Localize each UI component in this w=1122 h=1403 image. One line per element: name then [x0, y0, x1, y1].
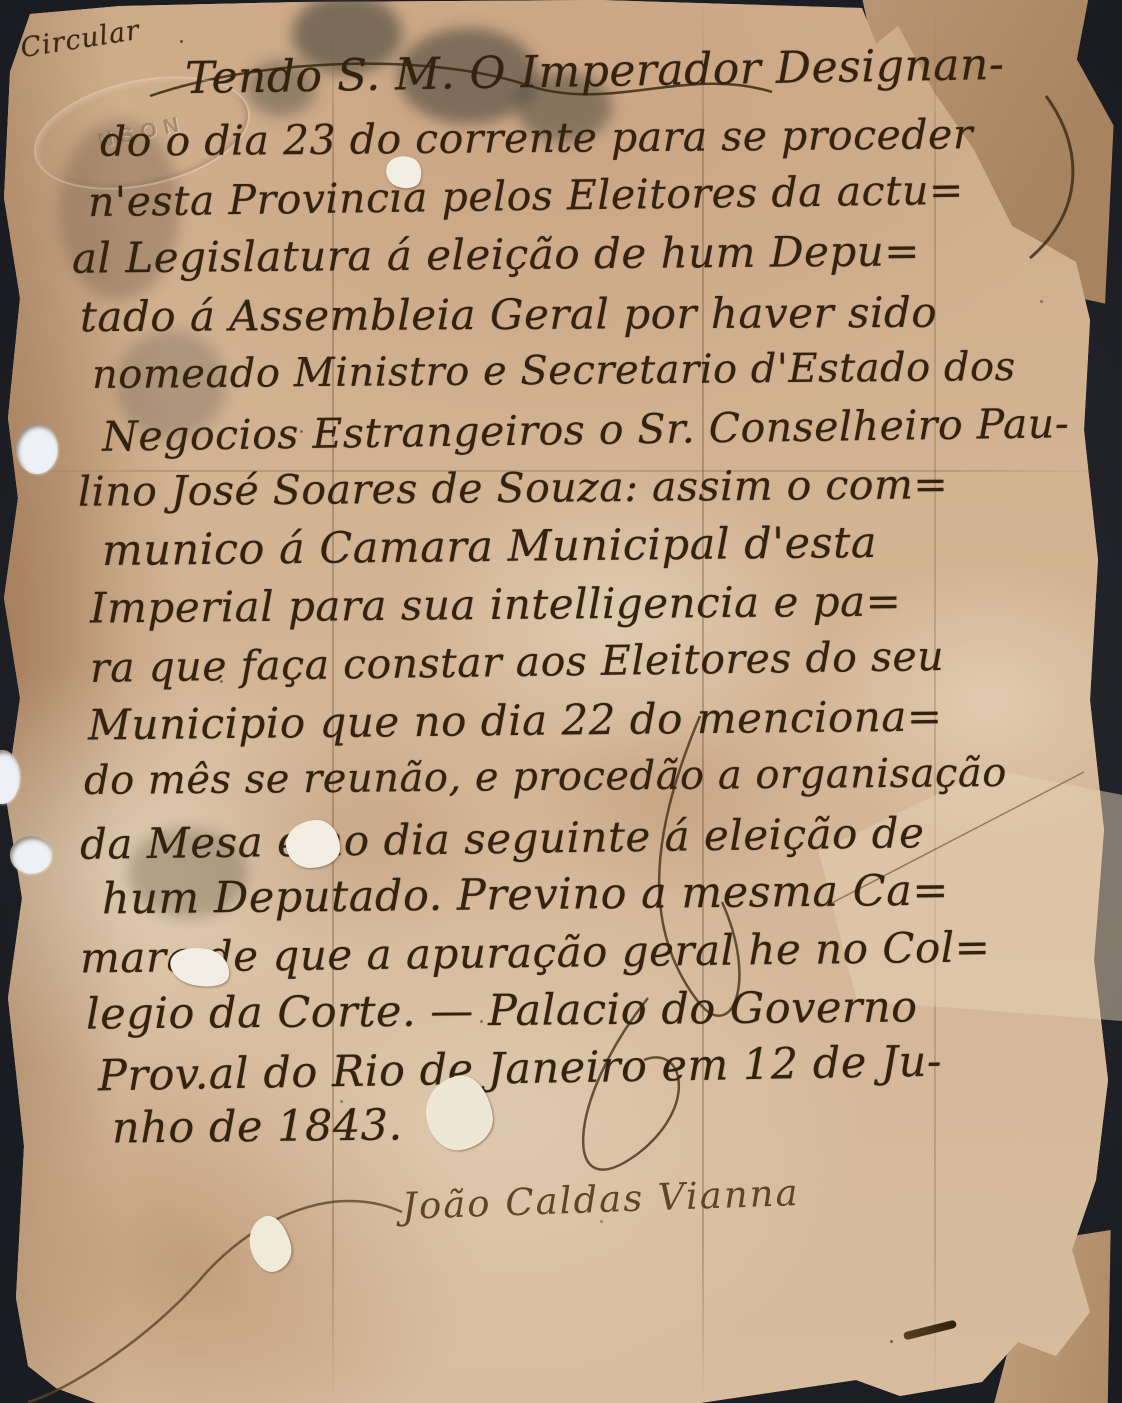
manuscript-line: do mês se reunão, e procedão a organisaç… — [84, 750, 1007, 804]
manuscript-line: munico á Camara Municipal d'esta — [102, 518, 878, 576]
manuscript-line: tado á Assembleia Geral por haver sido — [80, 288, 937, 341]
manuscript-line: lino José Soares de Souza: assim o com= — [78, 460, 949, 516]
ink-specks — [180, 40, 183, 43]
manuscript-line: hum Deputado. Previno a mesma Ca= — [102, 866, 949, 925]
manuscript-line: do o dia 23 do corrente para se proceder — [100, 110, 973, 166]
scanned-manuscript-page: Circular NSON Tendo S. M. O Imperador De… — [0, 0, 1122, 1403]
manuscript-line: Municipio que no dia 22 do menciona= — [88, 692, 943, 750]
manuscript-line: nho de 1843. — [112, 1100, 403, 1153]
manuscript-line: Imperial para sua intelligencia e pa= — [90, 576, 902, 632]
punch-hole — [10, 836, 52, 874]
punch-hole — [16, 424, 58, 474]
manuscript-line: legio da Corte. — Palacio do Governo — [86, 982, 918, 1039]
manuscript-line: nomeado Ministro e Secretario d'Estado d… — [92, 344, 1016, 398]
paper-tear — [286, 820, 340, 868]
manuscript-line: al Legislatura á eleição de hum Depu= — [72, 226, 920, 282]
